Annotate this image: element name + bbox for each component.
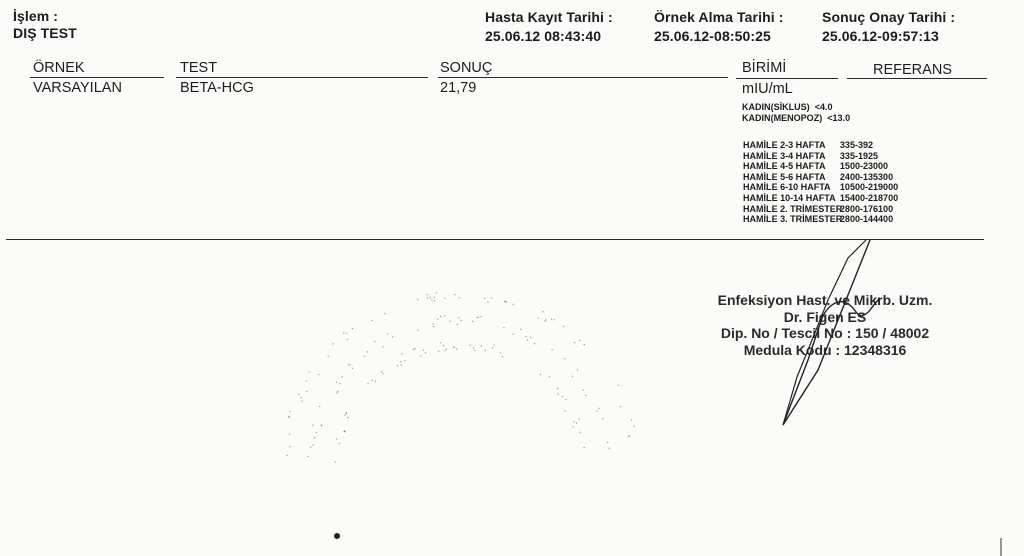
reference-kadin: KADIN(SİKLUS) <4.0 KADIN(MENOPOZ) <13.0: [742, 103, 850, 124]
hasta-kayit-value: 25.06.12 08:43:40: [485, 28, 601, 44]
ornek-alma-label: Örnek Alma Tarihi :: [654, 9, 784, 25]
signature-block: Enfeksiyon Hast. ve Mikrb. Uzm. Dr. Fige…: [690, 292, 960, 358]
reference-row: HAMİLE 3. TRİMESTER2800-144400: [743, 215, 898, 226]
medula-code: Medula Kodu : 12348316: [690, 342, 960, 359]
doctor-name: Dr. Figen ES: [690, 309, 960, 326]
column-header-sonuc: SONUÇ: [440, 60, 492, 76]
signature-scribble-icon: [0, 0, 1024, 556]
divider: [438, 77, 728, 78]
hasta-kayit-label: Hasta Kayıt Tarihi :: [485, 9, 613, 25]
reference-row: HAMİLE 10-14 HAFTA15400-218700: [743, 194, 898, 205]
sonuc-onay-label: Sonuç Onay Tarihi :: [822, 9, 955, 25]
sonuc-onay-value: 25.06.12-09:57:13: [822, 28, 939, 44]
column-header-birimi: BİRİMİ: [742, 60, 786, 76]
reference-hamile: HAMİLE 2-3 HAFTA335-392 HAMİLE 3-4 HAFTA…: [743, 141, 898, 226]
column-header-referans: REFERANS: [873, 62, 952, 78]
section-divider: [6, 239, 984, 240]
reference-row: HAMİLE 2-3 HAFTA335-392: [743, 141, 898, 152]
result-ornek: VARSAYILAN: [33, 80, 122, 96]
islem-label: İşlem :: [13, 8, 58, 24]
divider: [736, 78, 838, 79]
divider: [30, 77, 164, 78]
doctor-title: Enfeksiyon Hast. ve Mikrb. Uzm.: [690, 292, 960, 309]
divider: [176, 77, 428, 78]
column-header-test: TEST: [180, 60, 217, 76]
result-birimi: mIU/mL: [742, 81, 793, 97]
divider: [847, 78, 987, 79]
result-sonuc: 21,79: [440, 80, 476, 96]
islem-value: DIŞ TEST: [13, 25, 77, 41]
reference-row: KADIN(MENOPOZ) <13.0: [742, 114, 850, 125]
result-test: BETA-HCG: [180, 80, 254, 96]
column-header-ornek: ÖRNEK: [33, 60, 85, 76]
doctor-registration: Dip. No / Tescil No : 150 / 48002: [690, 325, 960, 342]
ornek-alma-value: 25.06.12-08:50:25: [654, 28, 771, 44]
